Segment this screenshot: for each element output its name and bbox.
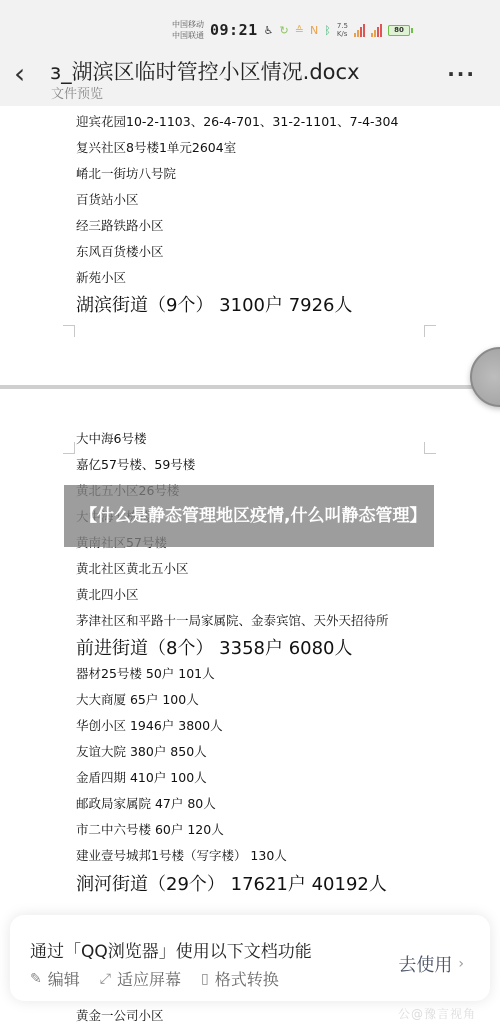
doc-line: 百货站小区 — [76, 190, 139, 208]
doc-line: 华创小区 1946户 3800人 — [76, 716, 223, 734]
signal-icon — [354, 23, 365, 37]
doc-line: 黄金一公司小区 — [76, 1006, 164, 1024]
district-summary: 湖滨街道（9个） 3100户 7926人 — [76, 291, 353, 317]
page-corner-mark — [424, 325, 436, 337]
carrier-labels: 中国移动 中国联通 — [172, 19, 204, 41]
battery-icon: 80 — [388, 25, 410, 36]
doc-line: 金盾四期 410户 100人 — [76, 768, 207, 786]
more-options-button[interactable]: ··· — [447, 64, 476, 84]
page-corner-mark — [63, 325, 75, 337]
doc-line: 东风百货楼小区 — [76, 242, 164, 260]
signal-icon — [371, 23, 382, 37]
bluetooth-icon: ᛒ — [324, 25, 331, 36]
promo-title: 通过「QQ浏览器」使用以下文档功能 — [30, 937, 312, 962]
feature-fit-screen[interactable]: ⤢ 适应屏幕 — [100, 967, 181, 990]
doc-line: 器材25号楼 50户 101人 — [76, 664, 215, 682]
carrier-1: 中国移动 — [172, 19, 204, 30]
net-speed: 7.5 K/s — [337, 22, 348, 38]
doc-line: 经三路铁路小区 — [76, 216, 164, 234]
accessibility-icon: ♿︎ — [264, 25, 274, 36]
doc-line: 崤北一街坊八号院 — [76, 164, 176, 182]
status-bar: 中国移动 中国联通 09:21 ♿︎ ↻ ≙ N ᛒ 7.5 K/s 80 — [172, 14, 410, 46]
doc-line: 新苑小区 — [76, 268, 126, 286]
clock: 09:21 — [210, 21, 258, 39]
doc-line: 邮政局家属院 47户 80人 — [76, 794, 216, 812]
feature-format-convert[interactable]: ▯ 格式转换 — [201, 967, 279, 990]
doc-line: 茅津社区和平路十一局家属院、金泰宾馆、天外天招待所 — [76, 611, 389, 629]
page-separator — [0, 385, 500, 389]
doc-line: 大中海6号楼 — [76, 429, 146, 447]
document-icon: ▯ — [201, 971, 209, 987]
promo-features: ✎ 编辑 ⤢ 适应屏幕 ▯ 格式转换 — [30, 967, 279, 990]
qq-browser-promo-panel: 通过「QQ浏览器」使用以下文档功能 ✎ 编辑 ⤢ 适应屏幕 ▯ 格式转换 去使用… — [10, 915, 490, 1001]
doc-line: 迎宾花园10-2-1103、26-4-701、31-2-1101、7-4-304 — [76, 112, 398, 130]
overlay-caption: 【什么是静态管理地区疫情,什么叫静态管理】 — [64, 485, 434, 547]
district-summary: 涧河街道（29个） 17621户 40192人 — [76, 870, 387, 896]
nfc-icon: N — [310, 25, 318, 36]
go-use-button[interactable]: 去使用 › — [398, 951, 464, 977]
page-corner-mark — [63, 442, 75, 454]
doc-line: 友谊大院 380户 850人 — [76, 742, 207, 760]
district-summary: 前进街道（8个） 3358户 6080人 — [76, 634, 353, 660]
chevron-right-icon: › — [458, 956, 464, 972]
caption-text: 【什么是静态管理地区疫情,什么叫静态管理】 — [80, 504, 418, 529]
vpn-icon: ≙ — [295, 25, 304, 36]
document-title: з_湖滨区临时管控小区情况.docx — [50, 56, 360, 86]
carrier-2: 中国联通 — [172, 30, 204, 41]
doc-line: 建业壹号城邦1号楼（写字楼） 130人 — [76, 846, 287, 864]
doc-line: 大大商厦 65户 100人 — [76, 690, 199, 708]
watermark: 公@豫言视角 — [398, 1005, 476, 1022]
feature-edit[interactable]: ✎ 编辑 — [30, 967, 80, 990]
doc-line: 黄北四小区 — [76, 585, 139, 603]
doc-line: 嘉亿57号楼、59号楼 — [76, 455, 195, 473]
expand-icon: ⤢ — [100, 971, 111, 987]
doc-line: 复兴社区8号楼1单元2604室 — [76, 138, 236, 156]
document-subtitle: 文件预览 — [51, 83, 103, 102]
back-button[interactable]: ‹ — [14, 60, 36, 90]
doc-line: 黄北社区黄北五小区 — [76, 559, 189, 577]
edit-icon: ✎ — [30, 971, 42, 987]
document-viewer[interactable]: 迎宾花园10-2-1103、26-4-701、31-2-1101、7-4-304… — [0, 106, 500, 1031]
page-corner-mark — [424, 442, 436, 454]
top-bar: 中国移动 中国联通 09:21 ♿︎ ↻ ≙ N ᛒ 7.5 K/s 80 ‹ … — [0, 0, 500, 106]
sync-icon: ↻ — [280, 25, 289, 36]
doc-line: 市二中六号楼 60户 120人 — [76, 820, 224, 838]
